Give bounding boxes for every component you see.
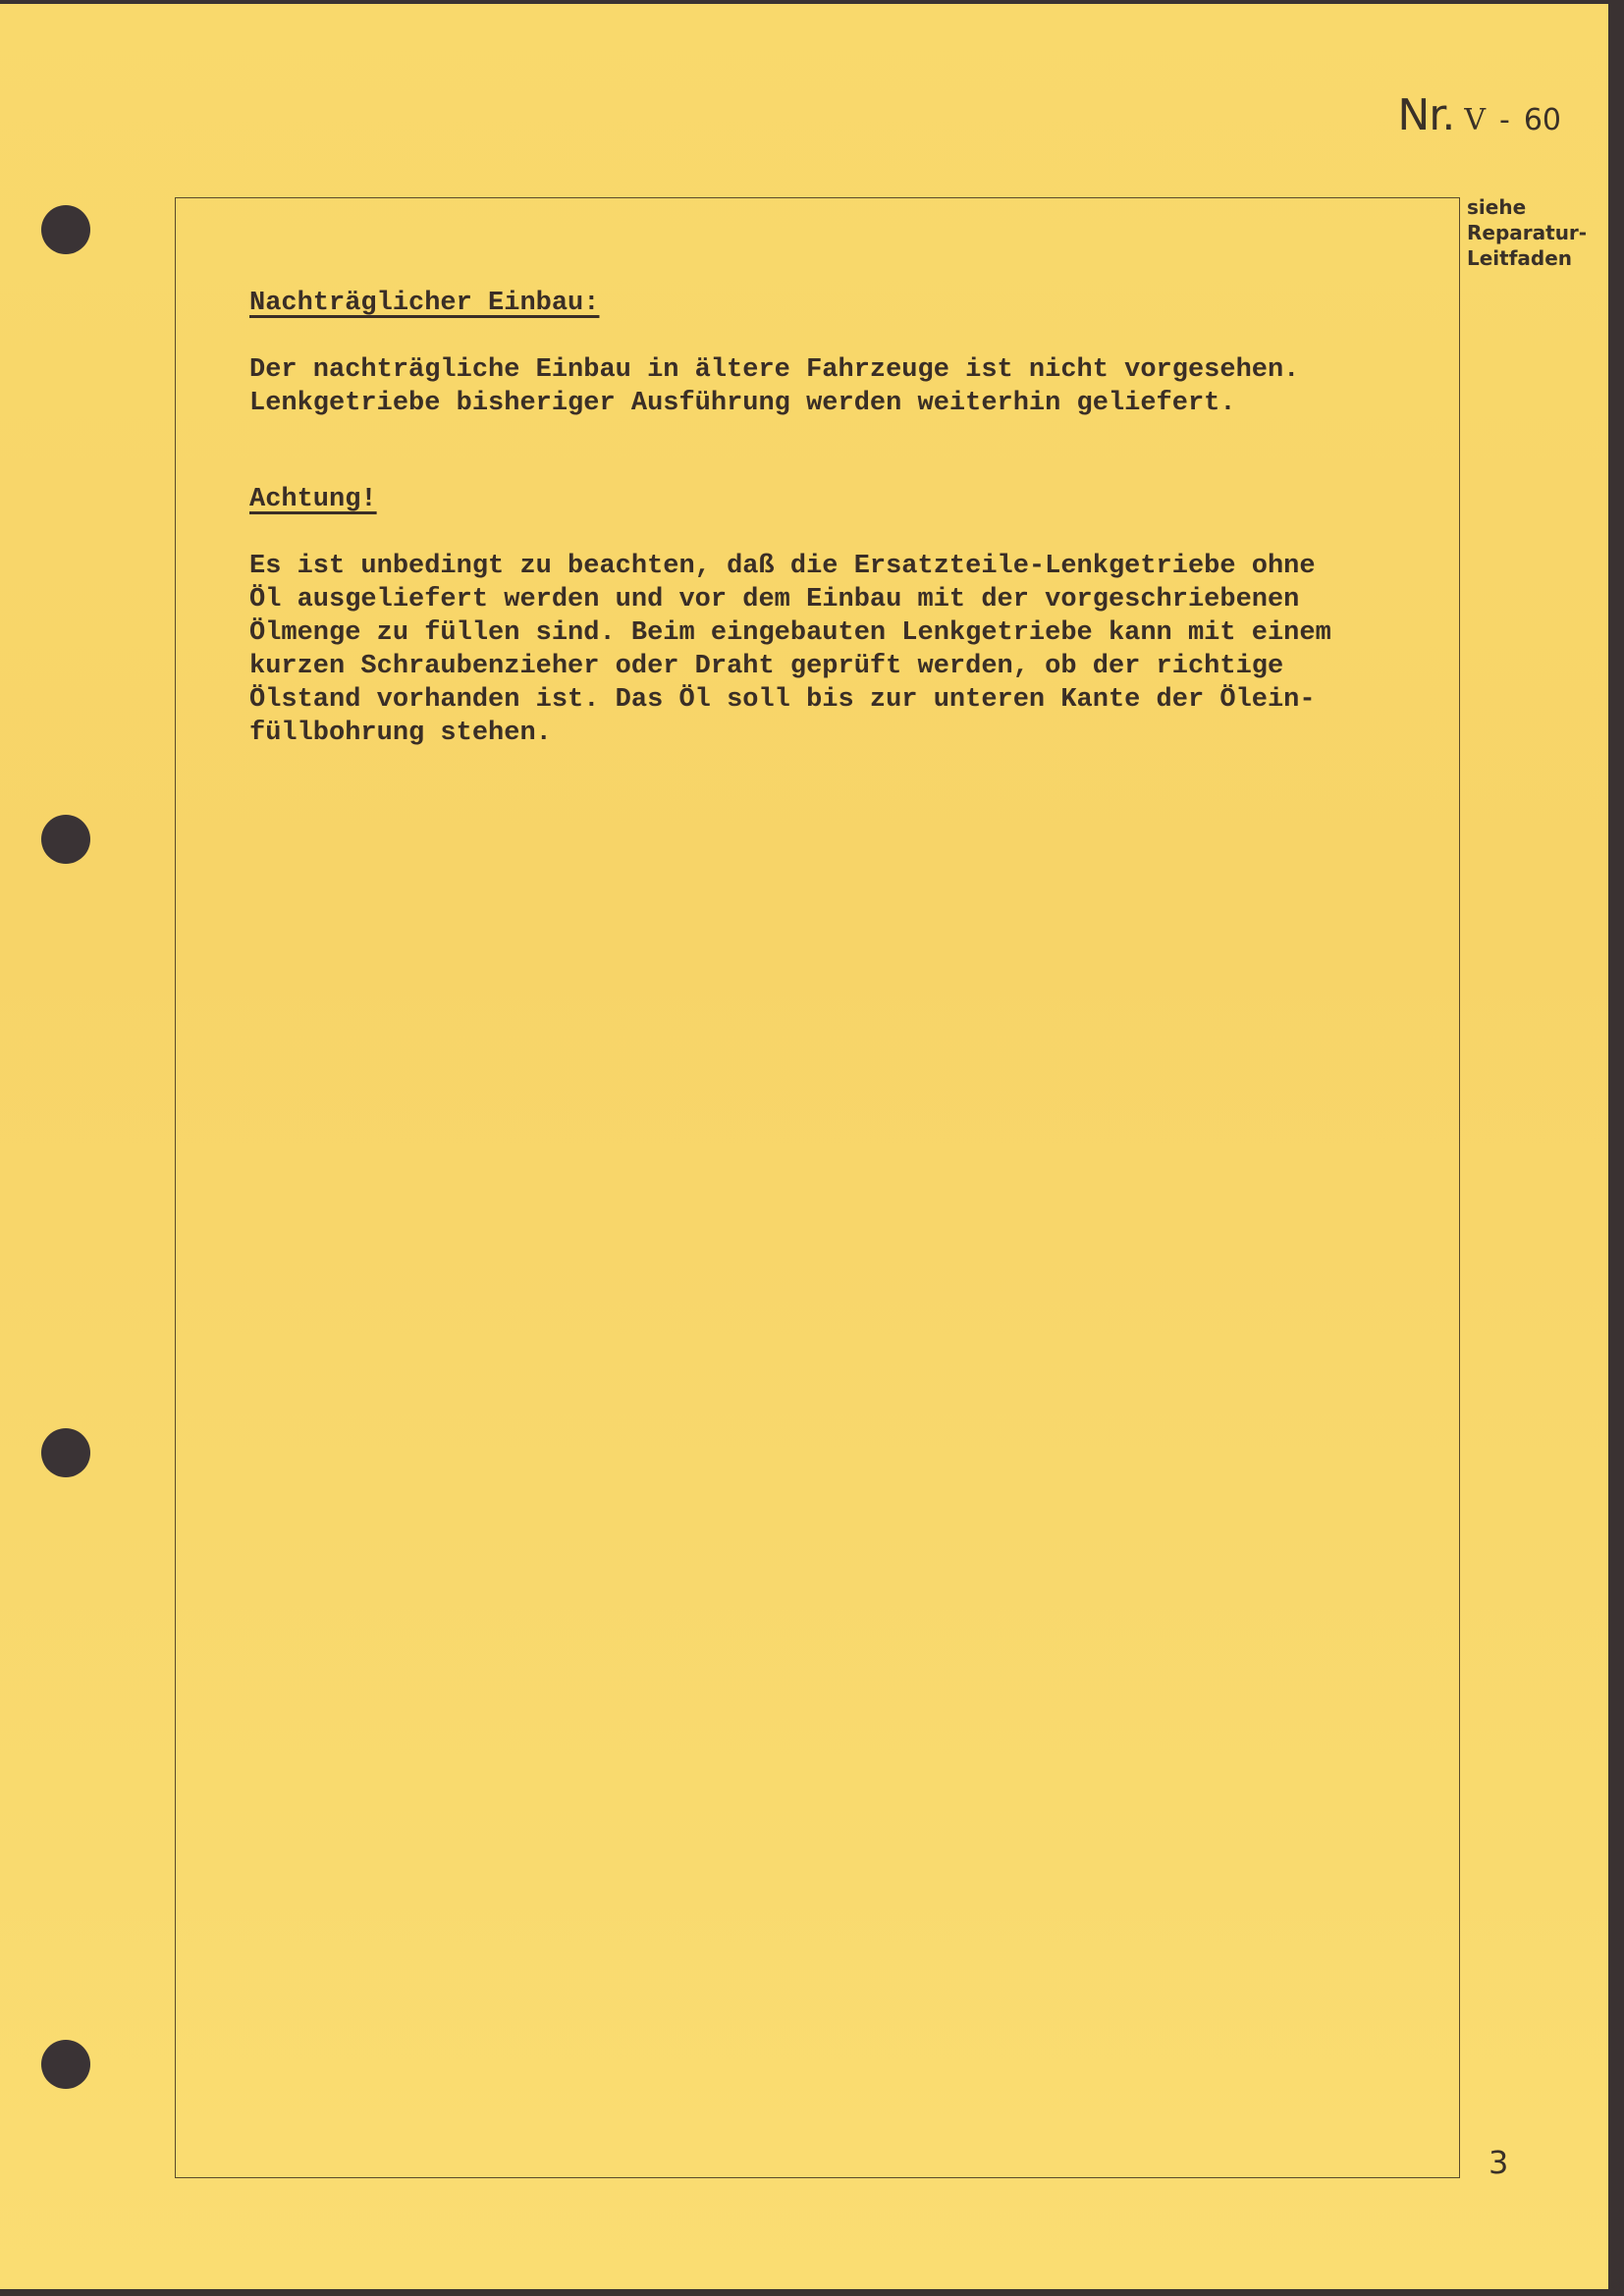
section-retrofit: Nachträglicher Einbau:	[249, 287, 599, 320]
nr-label: Nr.	[1397, 90, 1454, 140]
punch-hole-icon	[41, 205, 90, 254]
document-number: Nr.V-60	[1397, 90, 1561, 140]
page-number: 3	[1489, 2144, 1508, 2181]
document-page: Nr.V-60 siehe Reparatur- Leitfaden Nacht…	[0, 4, 1608, 2289]
section-paragraph: Der nachträgliche Einbau in ältere Fahrz…	[249, 353, 1299, 420]
side-note-line: Reparatur-	[1467, 220, 1587, 245]
group-number: V	[1464, 103, 1486, 137]
side-note-line: siehe	[1467, 194, 1587, 220]
separator: -	[1499, 103, 1510, 137]
section-attention: Achtung!	[249, 483, 377, 516]
text-line: Der nachträgliche Einbau in ältere Fahrz…	[249, 353, 1299, 387]
text-line: kurzen Schraubenzieher oder Draht geprüf…	[249, 650, 1331, 683]
text-line: füllbohrung stehen.	[249, 717, 1331, 750]
text-line: Es ist unbedingt zu beachten, daß die Er…	[249, 550, 1331, 583]
section-heading: Nachträglicher Einbau:	[249, 287, 599, 320]
text-line: Öl ausgeliefert werden und vor dem Einba…	[249, 583, 1331, 616]
text-line: Ölmenge zu füllen sind. Beim eingebauten…	[249, 616, 1331, 650]
sheet-number: 60	[1524, 103, 1561, 137]
punch-hole-icon	[41, 1428, 90, 1477]
section-heading: Achtung!	[249, 483, 377, 516]
side-note: siehe Reparatur- Leitfaden	[1467, 194, 1587, 271]
side-note-line: Leitfaden	[1467, 245, 1587, 271]
section-paragraph: Es ist unbedingt zu beachten, daß die Er…	[249, 550, 1331, 750]
text-line: Ölstand vorhanden ist. Das Öl soll bis z…	[249, 683, 1331, 717]
punch-hole-icon	[41, 2040, 90, 2089]
text-line: Lenkgetriebe bisheriger Ausführung werde…	[249, 387, 1299, 420]
punch-hole-icon	[41, 815, 90, 864]
